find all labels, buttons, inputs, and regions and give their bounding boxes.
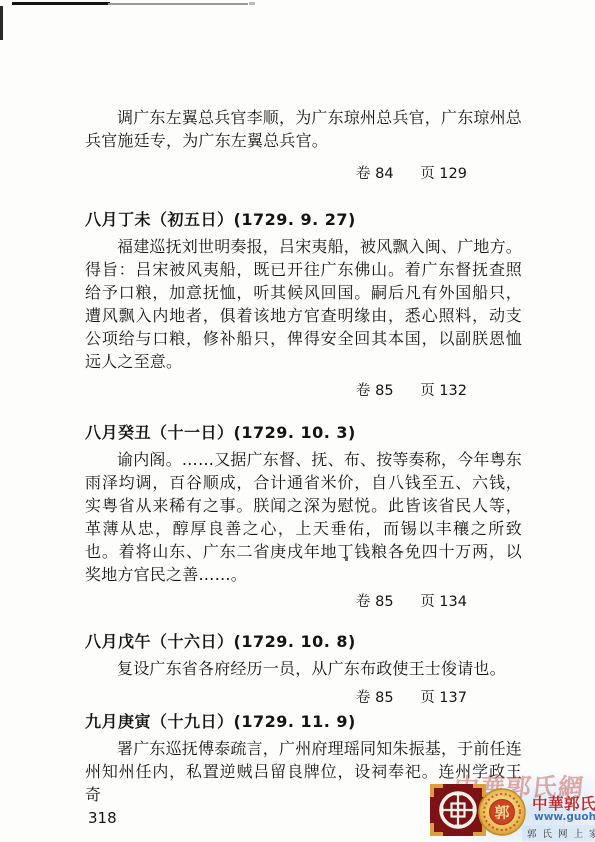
entry-date-header: 八月丁未（初五日）(1729. 9. 27) [85,208,522,232]
entry-paragraph: 福建巡抚刘世明奏报，吕宋夷船，被风飘入闽、广地方。得旨：吕宋被风夷船，既已开往广… [85,235,522,373]
record-entry: 八月癸丑（十一日）(1729. 10. 3) 谕内阁。……又据广东督、抚、布、按… [85,421,522,612]
scan-artifact-speck [249,2,255,5]
entry-date-header: 八月癸丑（十一日）(1729. 10. 3) [85,421,522,445]
citation: 卷 84 页 129 [85,164,522,184]
scan-artifact-left-edge [0,6,3,40]
citation: 卷 85 页 137 [85,688,522,708]
citation-page: 页 129 [420,166,467,182]
citation-page: 页 137 [420,690,467,706]
entry-paragraph: 谕内阁。……又据广东督、抚、布、按等奏称，今年粤东雨泽均调，百谷顺成，合计通省米… [85,448,522,586]
citation-volume: 卷 85 [356,383,394,399]
text-column: 调广东左翼总兵官李顺，为广东琼州总兵官，广东琼州总兵官施廷专，为广东左翼总兵官。… [85,0,522,828]
entry-date-header: 八月戊午（十六日）(1729. 10. 8) [85,630,522,654]
citation-volume: 卷 84 [356,166,394,182]
scan-artifact-speck [345,556,348,561]
citation: 卷 85 页 132 [85,381,522,401]
citation-volume: 卷 85 [356,594,394,610]
scan-artifact-top-line-faint [108,3,248,5]
entry-paragraph: 调广东左翼总兵官李顺，为广东琼州总兵官，广东琼州总兵官施廷专，为广东左翼总兵官。 [85,106,522,152]
svg-text:郭: 郭 [494,804,509,822]
scan-artifact-top-line [12,2,110,5]
citation-page: 页 134 [420,594,467,610]
watermark-url: www.guohome.org [534,811,595,823]
record-entry: 八月丁未（初五日）(1729. 9. 27) 福建巡抚刘世明奏报，吕宋夷船，被风… [85,208,522,401]
entry-date-header: 九月庚寅（十九日）(1729. 11. 9) [85,710,522,734]
citation: 卷 85 页 134 [85,592,522,612]
entry-paragraph: 复设广东省各府经历一员，从广东布政使王士俊请也。 [85,657,522,680]
guo-coin-seal-icon: 郭 [478,788,526,836]
record-entry: 调广东左翼总兵官李顺，为广东琼州总兵官，广东琼州总兵官施廷专，为广东左翼总兵官。… [85,106,522,184]
watermark-tagline: 郭氏网上家园 [522,825,595,841]
site-watermark: 中華郭氏網 [428,770,595,842]
record-entry: 八月戊午（十六日）(1729. 10. 8) 复设广东省各府经历一员，从广东布政… [85,630,522,708]
scanned-book-page: 调广东左翼总兵官李顺，为广东琼州总兵官，广东琼州总兵官施廷专，为广东左翼总兵官。… [0,0,595,842]
citation-page: 页 132 [420,383,467,399]
citation-volume: 卷 85 [356,690,394,706]
